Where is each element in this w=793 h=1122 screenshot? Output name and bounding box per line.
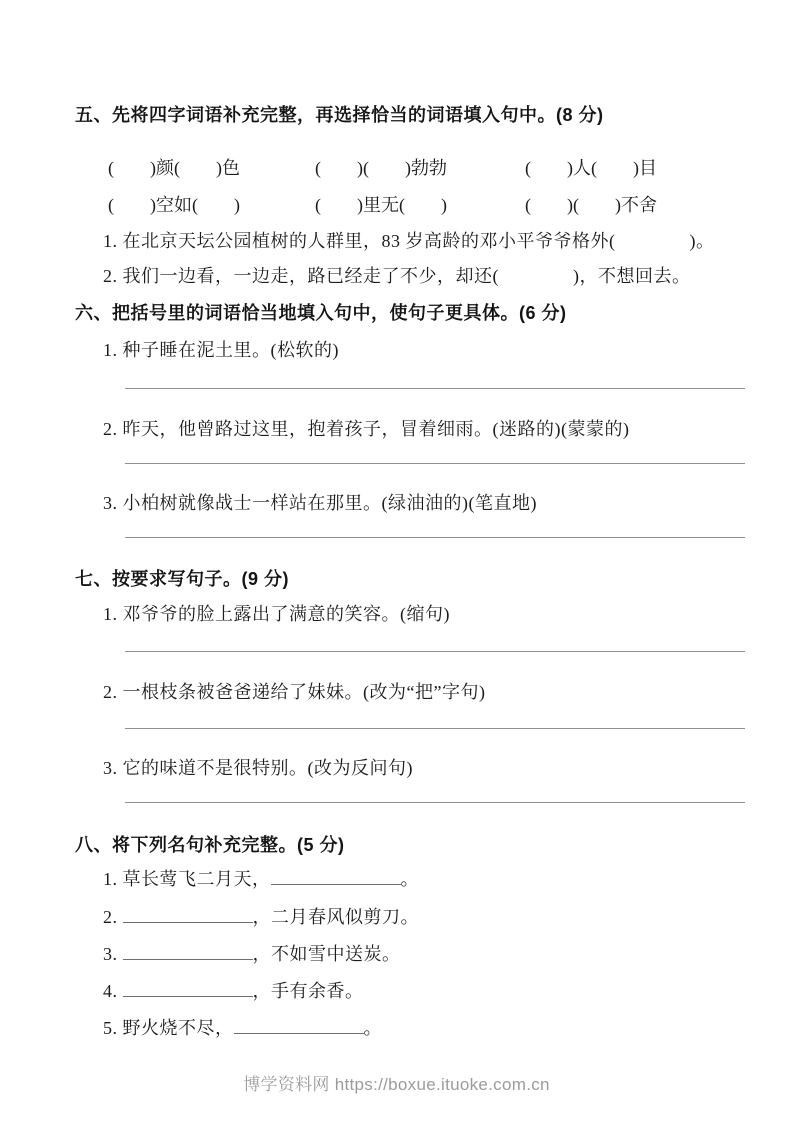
famous-quote-item: 5. 野火烧不尽，。 (75, 1015, 745, 1041)
idiom-blank: ( )( )勃勃 (315, 155, 525, 181)
section-six-heading: 六、把括号里的词语恰当地填入句中，使句子更具体。(6 分) (75, 300, 745, 326)
question-sentence: 1. 在北京天坛公园植树的人群里，83 岁高龄的邓小平爷爷格外( )。 (75, 228, 745, 254)
idiom-row-1: ( )颜( )色 ( )( )勃勃 ( )人( )目 (75, 155, 745, 181)
question-sentence: 1. 邓爷爷的脸上露出了满意的笑容。(缩句) (75, 601, 745, 627)
famous-quote-item: 3. ，不如雪中送炭。 (75, 941, 745, 967)
question-sentence: 3. 小柏树就像战士一样站在那里。(绿油油的)(笔直地) (75, 490, 745, 516)
footer-watermark: 博学资料网 https://boxue.ituoke.com.cn (0, 1070, 793, 1095)
famous-quote-item: 4. ，手有余香。 (75, 978, 745, 1004)
answer-line (125, 463, 745, 464)
idiom-blank: ( )( )不舍 (525, 192, 745, 218)
quote-pre: 2. (103, 907, 123, 927)
quote-post: ，手有余香。 (253, 981, 364, 1001)
question-sentence: 1. 种子睡在泥土里。(松软的) (75, 337, 745, 363)
idiom-blank: ( )里无( ) (315, 192, 525, 218)
answer-line (125, 651, 745, 652)
answer-line (125, 728, 745, 729)
question-sentence: 2. 我们一边看，一边走，路已经走了不少，却还( )，不想回去。 (75, 263, 745, 289)
quote-pre: 3. (103, 944, 123, 964)
answer-line (125, 388, 745, 389)
fill-blank-line (123, 982, 253, 997)
question-sentence: 2. 一根枝条被爸爸递给了妹妹。(改为“把”字句) (75, 679, 745, 705)
quote-pre: 5. 野火烧不尽， (103, 1018, 234, 1038)
quote-pre: 4. (103, 981, 123, 1001)
quote-post: ，二月春风似剪刀。 (253, 907, 420, 927)
fill-blank-line (123, 908, 253, 923)
quote-pre: 1. 草长莺飞二月天， (103, 869, 271, 889)
quote-post: 。 (401, 869, 420, 889)
fill-blank-line (234, 1019, 364, 1034)
idiom-row-2: ( )空如( ) ( )里无( ) ( )( )不舍 (75, 192, 745, 218)
section-seven-heading: 七、按要求写句子。(9 分) (75, 566, 745, 592)
famous-quote-item: 2. ，二月春风似剪刀。 (75, 904, 745, 930)
quote-post: 。 (364, 1018, 383, 1038)
question-sentence: 2. 昨天，他曾路过这里，抱着孩子，冒着细雨。(迷路的)(蒙蒙的) (75, 416, 745, 442)
exam-page: 五、先将四字词语补充完整，再选择恰当的词语填入句中。(8 分) ( )颜( )色… (0, 0, 793, 1122)
fill-blank-line (123, 945, 253, 960)
answer-line (125, 802, 745, 803)
answer-line (125, 537, 745, 538)
question-sentence: 3. 它的味道不是很特别。(改为反问句) (75, 755, 745, 781)
quote-post: ，不如雪中送炭。 (253, 944, 401, 964)
famous-quote-item: 1. 草长莺飞二月天，。 (75, 866, 745, 892)
idiom-blank: ( )空如( ) (108, 192, 315, 218)
section-five-heading: 五、先将四字词语补充完整，再选择恰当的词语填入句中。(8 分) (75, 102, 745, 128)
section-eight-heading: 八、将下列名句补充完整。(5 分) (75, 832, 745, 858)
idiom-blank: ( )颜( )色 (108, 155, 315, 181)
idiom-blank: ( )人( )目 (525, 155, 745, 181)
fill-blank-line (271, 870, 401, 885)
